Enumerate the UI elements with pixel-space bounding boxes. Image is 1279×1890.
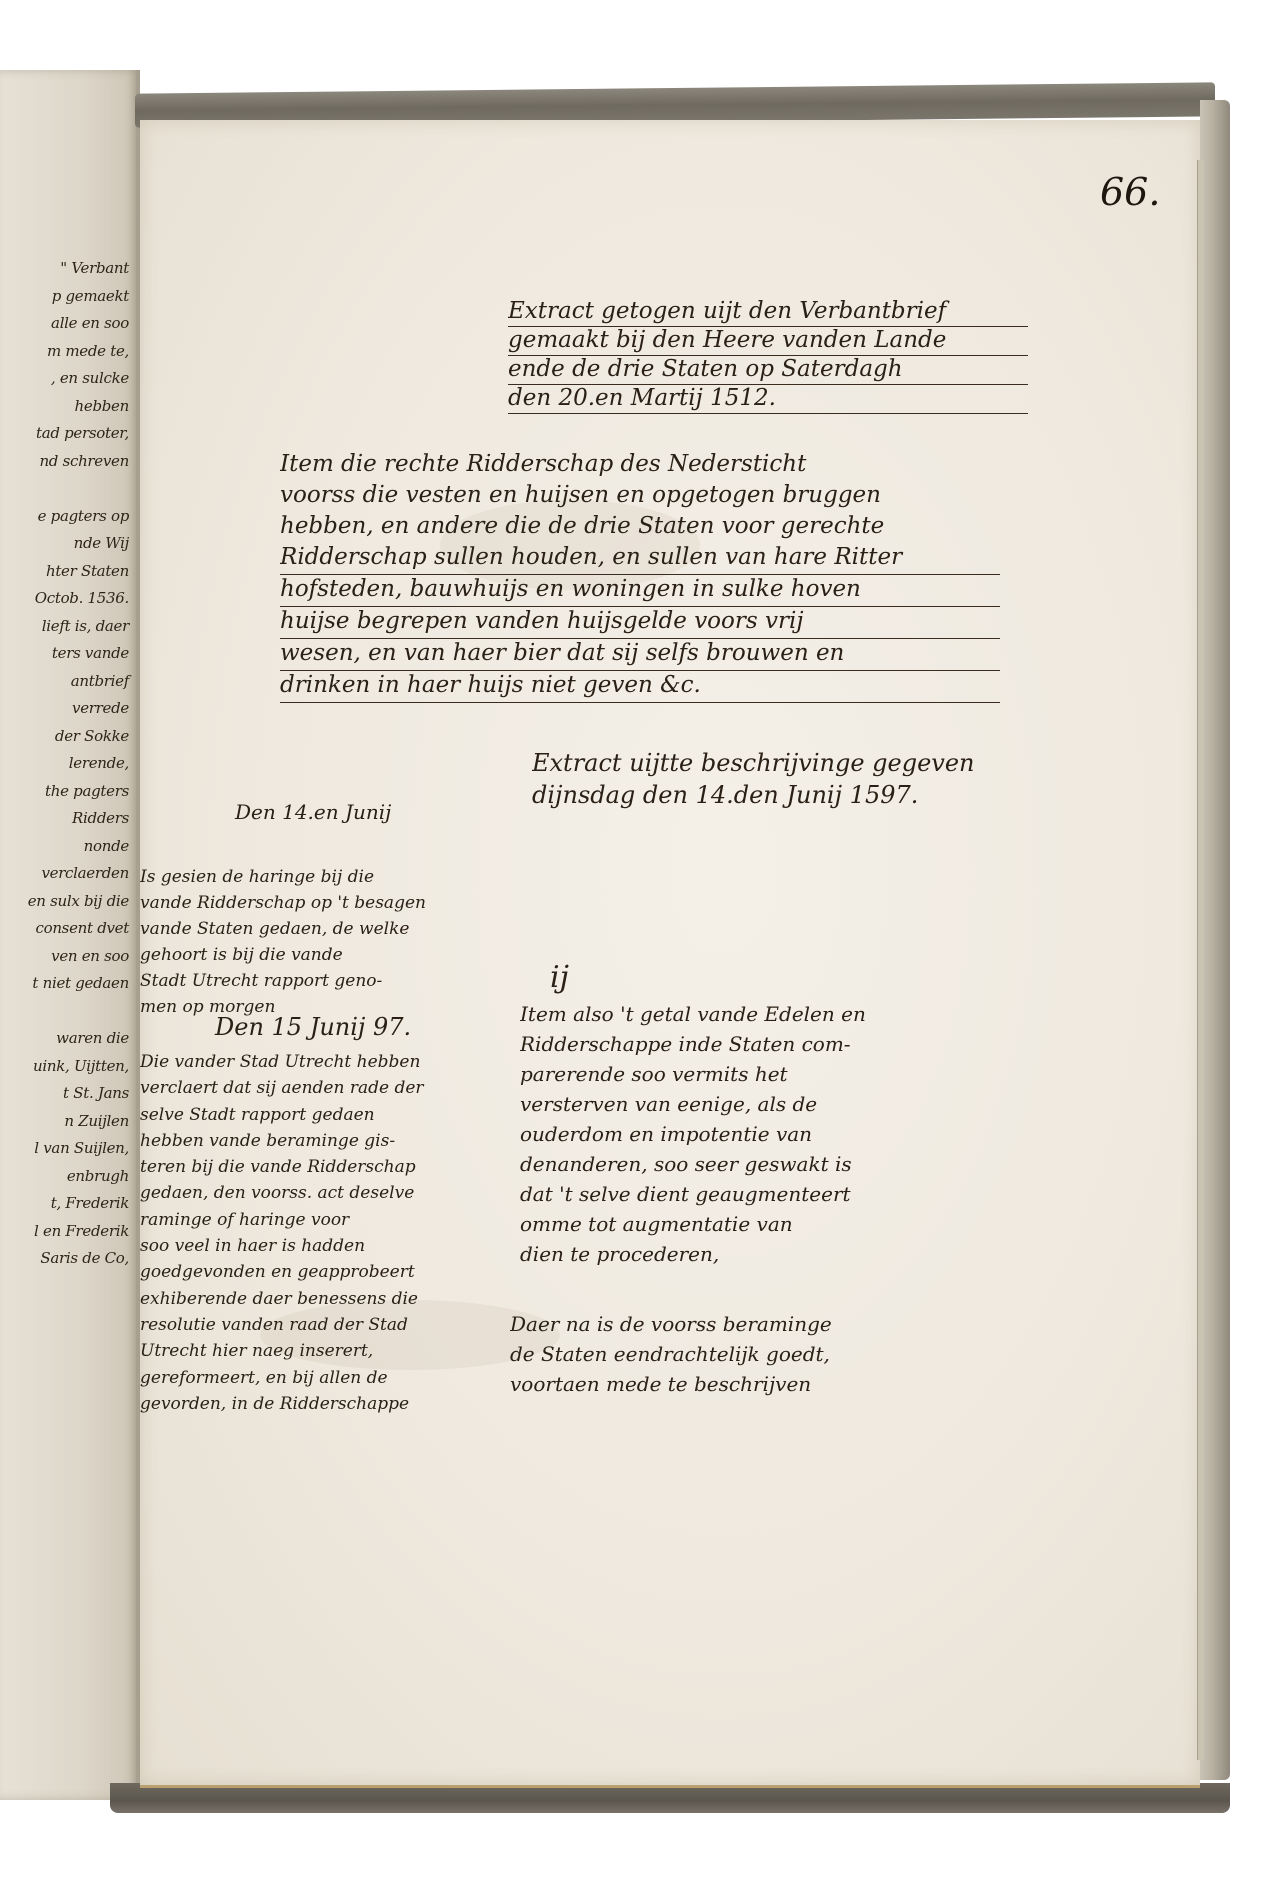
entry-15-line: exhiberende daer benessens die <box>140 1287 480 1313</box>
entry-14-line: Stadt Utrecht rapport geno- <box>140 969 470 995</box>
extract-1-line: gemaakt bij den Heere vanden Lande <box>508 327 1028 356</box>
item-1-line: voorss die vesten en huijsen en opgetoge… <box>280 481 1000 512</box>
entry-15-line: gereformeert, en bij allen de <box>140 1366 480 1392</box>
margin-text-line: Octob. 1536. <box>0 585 135 613</box>
folio-number: 66. <box>1100 170 1160 214</box>
left-page-margin-text: " Verbantp gemaektalle en soom mede te,,… <box>0 255 135 1273</box>
extract-heading-2: Extract uijtte beschrijvinge gegeven dij… <box>532 748 1032 812</box>
entry-14-line: Is gesien de haringe bij die <box>140 865 470 891</box>
entry-15-line: teren bij die vande Ridderschap <box>140 1155 480 1181</box>
left-facing-page: " Verbantp gemaektalle en soom mede te,,… <box>0 70 140 1800</box>
right-item-line: dien te procederen, <box>520 1240 990 1270</box>
extract-heading-1: Extract getogen uijt den Verbantbrief ge… <box>508 298 1028 414</box>
entry-15-line: gedaen, den voorss. act deselve <box>140 1181 480 1207</box>
page-fore-edge <box>1197 160 1204 1760</box>
entry-15-line: goedgevonden en geapprobeert <box>140 1260 480 1286</box>
margin-text-line: " Verbant <box>0 255 135 283</box>
margin-text-line: e pagters op <box>0 503 135 531</box>
item-1-line: Item die rechte Ridderschap des Nedersti… <box>280 450 1000 481</box>
margin-text-line: hebben <box>0 393 135 421</box>
right-item-line: dat 't selve dient geaugmenteert <box>520 1180 990 1210</box>
margin-text-line: Ridders <box>0 805 135 833</box>
margin-text-line: uink, Uijtten, <box>0 1053 135 1081</box>
margin-text-line: n Zuijlen <box>0 1108 135 1136</box>
conclusion-line: Daer na is de voorss beraminge <box>510 1310 990 1340</box>
margin-text-line: verclaerden <box>0 860 135 888</box>
entry-15-line: Utrecht hier naeg inserert, <box>140 1339 480 1365</box>
margin-text-line: antbrief <box>0 668 135 696</box>
entry-15-line: soo veel in haer is hadden <box>140 1234 480 1260</box>
margin-text-line: l van Suijlen, <box>0 1135 135 1163</box>
margin-text-line: t, Frederik <box>0 1190 135 1218</box>
date-heading-14-june: Den 14.en Junij <box>235 800 391 824</box>
margin-text-line: Saris de Co, <box>0 1245 135 1273</box>
entry-15-june: Die vander Stad Utrecht hebben verclaert… <box>140 1050 480 1418</box>
entry-15-line: Die vander Stad Utrecht hebben <box>140 1050 480 1076</box>
right-item-line: denanderen, soo seer geswakt is <box>520 1150 990 1180</box>
right-item-line: Ridderschappe inde Staten com- <box>520 1030 990 1060</box>
margin-text-line: waren die <box>0 1025 135 1053</box>
item-1-line: huijse begrepen vanden huijsgelde voors … <box>280 607 1000 639</box>
extract-1-line: den 20.en Martij 1512. <box>508 385 1028 414</box>
extract-2-line: dijnsdag den 14.den Junij 1597. <box>532 780 1032 812</box>
margin-text-line: t niet gedaen <box>0 970 135 998</box>
right-column-conclusion: Daer na is de voorss beraminge de Staten… <box>510 1310 990 1400</box>
margin-text-line: nd schreven <box>0 448 135 476</box>
margin-text-line: nonde <box>0 833 135 861</box>
margin-text-line <box>0 998 135 1026</box>
item-paragraph-1: Item die rechte Ridderschap des Nedersti… <box>280 450 1000 703</box>
margin-text-line: t St. Jans <box>0 1080 135 1108</box>
book-cover-right-edge <box>1200 100 1230 1780</box>
entry-15-line: gevorden, in de Ridderschappe <box>140 1392 480 1418</box>
right-column-item: Item also 't getal vande Edelen en Ridde… <box>520 1000 990 1270</box>
item-1-line: hofsteden, bauwhuijs en woningen in sulk… <box>280 575 1000 607</box>
margin-text-line: enbrugh <box>0 1163 135 1191</box>
margin-text-line: lieft is, daer <box>0 613 135 641</box>
entry-15-line: selve Stadt rapport gedaen <box>140 1103 480 1129</box>
right-item-line: Item also 't getal vande Edelen en <box>520 1000 990 1030</box>
extract-1-line: Extract getogen uijt den Verbantbrief <box>508 298 1028 327</box>
conclusion-line: de Staten eendrachtelijk goedt, <box>510 1340 990 1370</box>
margin-text-line: m mede te, <box>0 338 135 366</box>
date-heading-15-june: Den 15 Junij 97. <box>215 1013 411 1041</box>
margin-text-line: ven en soo <box>0 943 135 971</box>
item-1-line: Ridderschap sullen houden, en sullen van… <box>280 543 1000 575</box>
margin-text-line: en sulx bij die <box>0 888 135 916</box>
margin-text-line <box>0 475 135 503</box>
entry-14-june: Is gesien de haringe bij die vande Ridde… <box>140 865 470 1021</box>
margin-text-line: nde Wij <box>0 530 135 558</box>
entry-15-line: hebben vande beraminge gis- <box>140 1129 480 1155</box>
margin-text-line: p gemaekt <box>0 283 135 311</box>
gutter <box>136 70 138 1800</box>
item-1-line: drinken in haer huijs niet geven &c. <box>280 671 1000 703</box>
margin-text-line: alle en soo <box>0 310 135 338</box>
recto-page: 66. Extract getogen uijt den Verbantbrie… <box>140 120 1200 1788</box>
margin-text-line: consent dvet <box>0 915 135 943</box>
conclusion-line: voortaen mede te beschrijven <box>510 1370 990 1400</box>
margin-text-line: verrede <box>0 695 135 723</box>
item-1-line: hebben, en andere die de drie Staten voo… <box>280 512 1000 543</box>
margin-text-line: der Sokke <box>0 723 135 751</box>
margin-text-line: tad persoter, <box>0 420 135 448</box>
manuscript-photograph: " Verbantp gemaektalle en soom mede te,,… <box>0 0 1279 1890</box>
margin-text-line: l en Frederik <box>0 1218 135 1246</box>
margin-text-line: lerende, <box>0 750 135 778</box>
section-marker: ij <box>550 960 569 995</box>
entry-14-line: vande Ridderschap op 't besagen <box>140 891 470 917</box>
entry-15-line: verclaert dat sij aenden rade der <box>140 1076 480 1102</box>
right-item-line: ouderdom en impotentie van <box>520 1120 990 1150</box>
extract-1-line: ende de drie Staten op Saterdagh <box>508 356 1028 385</box>
margin-text-line: the pagters <box>0 778 135 806</box>
right-item-line: versterven van eenige, als de <box>520 1090 990 1120</box>
extract-2-line: Extract uijtte beschrijvinge gegeven <box>532 748 1032 780</box>
right-item-line: omme tot augmentatie van <box>520 1210 990 1240</box>
right-item-line: parerende soo vermits het <box>520 1060 990 1090</box>
entry-15-line: raminge of haringe voor <box>140 1208 480 1234</box>
entry-15-line: resolutie vanden raad der Stad <box>140 1313 480 1339</box>
margin-text-line: hter Staten <box>0 558 135 586</box>
entry-14-line: gehoort is bij die vande <box>140 943 470 969</box>
item-1-line: wesen, en van haer bier dat sij selfs br… <box>280 639 1000 671</box>
entry-14-line: vande Staten gedaen, de welke <box>140 917 470 943</box>
margin-text-line: ters vande <box>0 640 135 668</box>
margin-text-line: , en sulcke <box>0 365 135 393</box>
